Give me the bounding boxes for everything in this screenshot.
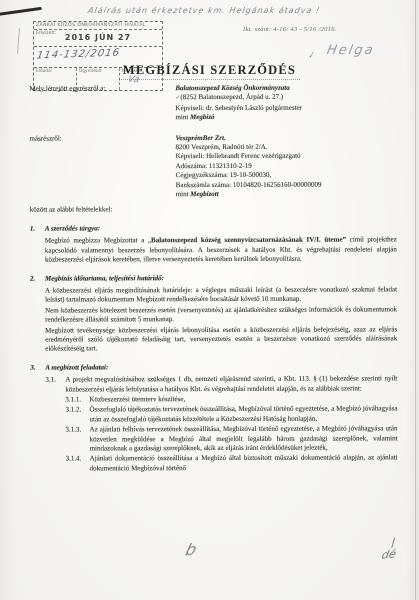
item-3-1-4: 3.1.4. Ajánlati dokumentáció összeállítá… <box>66 454 398 474</box>
document-title: MEGBÍZÁSI SZERZŐDÉS <box>0 63 419 80</box>
parties-intro-label: Mely létrejött egyrészről a: <box>29 84 175 123</box>
scanned-contract-page: Aláírás után érkeztetve km. Helgának áta… <box>0 0 419 600</box>
party-first-row: Mely létrejött egyrészről a: Balatonszep… <box>29 83 396 123</box>
top-handwritten-note: Aláírás után érkeztetve km. Helgának áta… <box>87 6 389 16</box>
helga-handwritten-name: Helga <box>326 43 376 58</box>
section-2-title: Megbízás időtartama, teljesítési határid… <box>45 274 164 284</box>
item-3-1-4-text: Ajánlati dokumentáció összeállítása a Me… <box>90 454 398 474</box>
party2-block: VeszprémBer Zrt. 8200 Veszprém, Radnóti … <box>175 133 396 200</box>
item-3-1-2-text: Összefoglaló tájékoztatás tervezetének ö… <box>89 405 397 425</box>
section-3: 3. A megbízott feladatai: 3.1. A projekt… <box>30 362 397 474</box>
party1-role: mint Megbízó <box>175 113 396 123</box>
stamp-office-name: ZÁNKAI KÖZÖS ÖNKORMÁNYZATI HIVATAL <box>34 22 162 30</box>
section-2-paragraph-1: A közbeszerzési eljárás megindításának h… <box>45 285 397 305</box>
scan-pen-stroke-artifact <box>0 7 42 16</box>
item-3-1-1-number: 3.1.1. <box>65 395 89 404</box>
item-3-1-3-number: 3.1.3. <box>66 426 90 454</box>
stamp-registry-number-handwritten: 114-132/2016 <box>36 48 121 62</box>
section-1-body: Megbízó megbízza Megbízottat a „Balatons… <box>45 236 397 265</box>
party-second-row: másrészről: VeszprémBer Zrt. 8200 Veszpr… <box>29 133 396 200</box>
item-3-1-3: 3.1.3. Az ajánlati felhívás tervezetének… <box>66 425 398 454</box>
parties-closing: között az alábbi feltételekkel: <box>30 205 397 216</box>
section-1-paragraph: Megbízó megbízza Megbízottat a „Balatons… <box>45 236 397 265</box>
section-2-paragraph-3: Megbízott tevékenysége közbeszerzési elj… <box>45 325 397 354</box>
item-3-1-text: A projekt megvalósításához szükséges 1 d… <box>65 375 397 395</box>
section-3-number: 3. <box>30 363 45 372</box>
party1-address: (8252 Balatonszepezd, Árpád u. 27.) <box>180 93 283 101</box>
section-1-heading: 1. A szerződés tárgya: <box>30 223 397 234</box>
party2-role: mint Megbízott <box>176 189 397 199</box>
section-1-title: A szerződés tárgya: <box>45 224 100 234</box>
scan-edge-artifact <box>415 0 416 600</box>
registry-number-line: Ikt. szám: 4-16/ 43 - 5/16 /2016. <box>243 26 337 33</box>
section-3-title: A megbízott feladatai: <box>45 363 108 373</box>
item-3-1-4-number: 3.1.4. <box>66 455 90 474</box>
section-1-number: 1. <box>30 224 45 233</box>
party1-block: Balatonszepezd Község Önkormányzata ✓(82… <box>175 83 396 122</box>
party2-label: másrészről: <box>29 134 175 200</box>
item-3-1: 3.1. A projekt megvalósításához szüksége… <box>45 375 397 395</box>
check-mark-icon: ✓ <box>307 49 316 61</box>
section-2-number: 2. <box>30 274 45 283</box>
party1-address-line: ✓(8252 Balatonszepezd, Árpád u. 27.) <box>175 93 396 104</box>
stamp-received-date: 2016 JÚN 27 <box>34 33 162 42</box>
item-3-1-3-text: Az ajánlati felhívás tervezetének összeá… <box>90 425 398 454</box>
item-3-1-2-number: 3.1.2. <box>65 406 89 425</box>
contract-body: Mely létrejött egyrészről a: Balatonszep… <box>29 83 397 473</box>
section-1: 1. A szerződés tárgya: Megbízó megbízza … <box>30 223 397 265</box>
receipt-stamp: ZÁNKAI KÖZÖS ÖNKORMÁNYZATI HIVATAL Érkez… <box>33 21 163 91</box>
section-2-body: A közbeszerzési eljárás megindításának h… <box>45 285 397 354</box>
bottom-right-initial-handwritten: dé <box>381 547 397 561</box>
section-2: 2. Megbízás időtartama, teljesítési hatá… <box>30 273 397 355</box>
bottom-center-initial-handwritten: b <box>183 540 198 560</box>
section-2-heading: 2. Megbízás időtartama, teljesítési hatá… <box>30 273 397 284</box>
section-3-heading: 3. A megbízott feladatai: <box>30 362 397 373</box>
item-3-1-number: 3.1. <box>45 376 65 395</box>
item-3-1-1-text: Közbeszerzési ütemterv készítése, <box>89 394 397 404</box>
item-3-1-2: 3.1.2. Összefoglaló tájékoztatás terveze… <box>65 405 397 425</box>
item-3-1-1: 3.1.1. Közbeszerzési ütemterv készítése, <box>65 394 397 405</box>
scan-edge-artifact-left <box>17 28 20 54</box>
section-2-paragraph-2: Nem közbeszerzés kötelezett beszerzés es… <box>45 305 397 325</box>
